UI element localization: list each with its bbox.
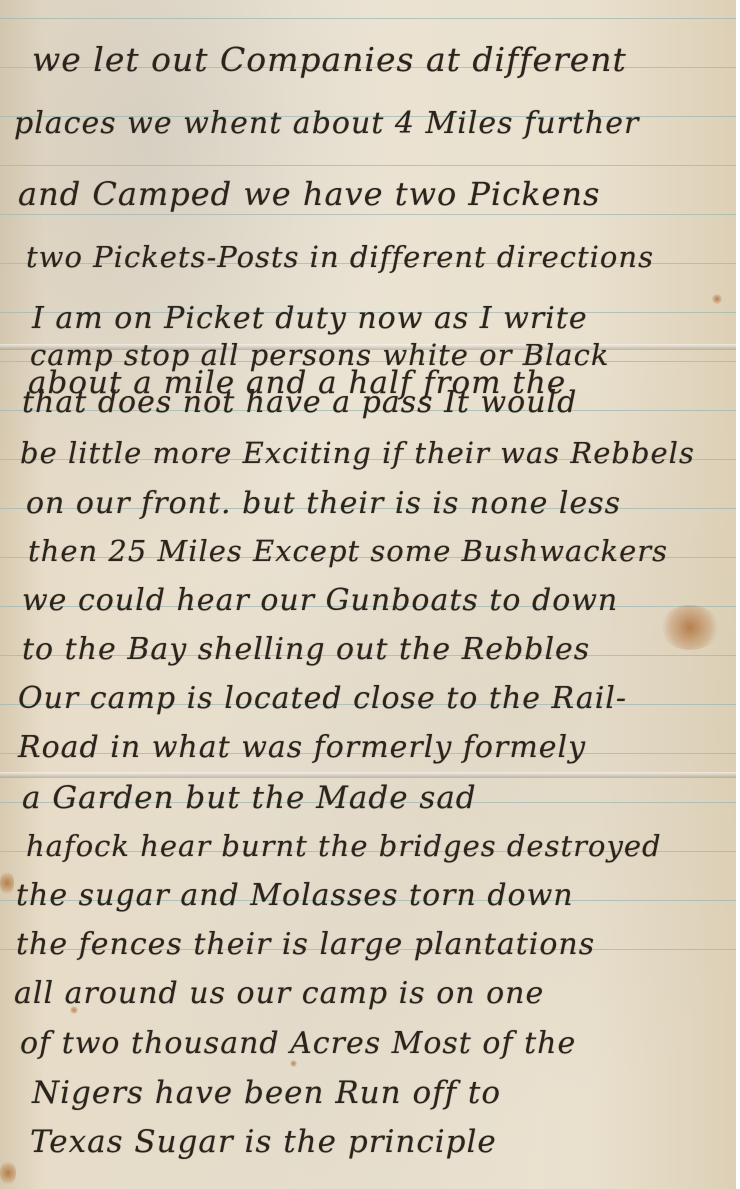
handwritten-line-10: on our front. but their is is none less: [26, 486, 621, 521]
handwritten-line-17: hafock hear burnt the bridges destroyed: [26, 829, 662, 863]
handwritten-line-18: the sugar and Molasses torn down: [16, 878, 574, 913]
handwritten-line-12: we could hear our Gunboats to down: [22, 583, 618, 618]
handwritten-line-8: that does not have a pass It would: [22, 385, 577, 420]
handwritten-line-7: camp stop all persons white or Black: [30, 338, 609, 372]
handwritten-line-21: of two thousand Acres Most of the: [20, 1026, 576, 1061]
handwritten-line-23: Texas Sugar is the principle: [30, 1124, 497, 1160]
handwritten-line-13: to the Bay shelling out the Rebbles: [22, 632, 590, 667]
handwritten-line-14: Our camp is located close to the Rail-: [18, 681, 627, 716]
handwritten-line-9: be little more Exciting if their was Reb…: [20, 436, 695, 470]
handwritten-line-3: and Camped we have two Pickens: [18, 175, 600, 213]
handwritten-line-22: Nigers have been Run off to: [32, 1075, 501, 1111]
page-edge: [736, 0, 740, 1189]
handwritten-line-19: the fences their is large plantations: [16, 927, 595, 962]
handwritten-line-5: I am on Picket duty now as I write: [32, 301, 588, 336]
handwritten-line-4: two Pickets-Posts in different direction…: [26, 240, 654, 274]
handwritten-line-1: we let out Companies at different: [32, 40, 627, 79]
handwritten-line-20: all around us our camp is on one: [14, 976, 544, 1011]
handwritten-line-2: places we whent about 4 Miles further: [14, 106, 639, 141]
handwritten-line-11: then 25 Miles Except some Bushwackers: [28, 534, 668, 568]
handwritten-line-15: Road in what was formerly formely: [18, 730, 586, 765]
letter-text: we let out Companies at different places…: [0, 0, 736, 1189]
handwritten-line-16: a Garden but the Made sad: [22, 780, 477, 816]
